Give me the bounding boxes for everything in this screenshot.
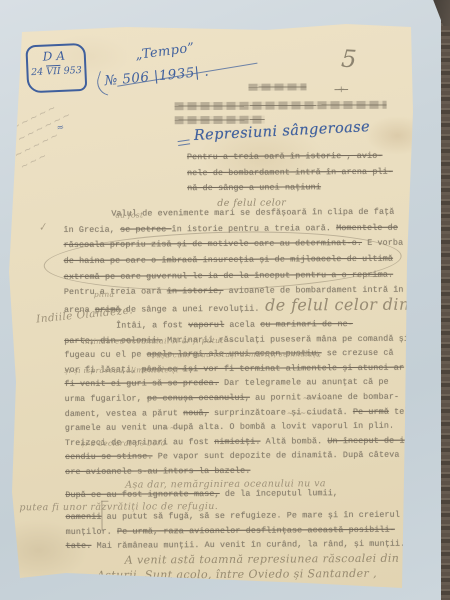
pencil-vertical-mark	[101, 501, 102, 531]
text-line: nele de bombardament intră în arena pli-	[187, 160, 413, 177]
interline-insertion: ~~~	[163, 423, 183, 432]
struck-illegible-title-line-1	[175, 101, 387, 110]
title-dash-mark	[178, 139, 191, 146]
backdrop-dark-strip	[441, 0, 450, 600]
interline-insertion: ~~~	[303, 393, 323, 402]
text-line: Asturii. Sunt acolo, între Oviedo și San…	[97, 564, 400, 581]
paper-content: DA 24 VII 953 „Tempo” № 506 |1935| . 5 -…	[4, 21, 420, 592]
interline-insertion: plină	[94, 289, 114, 298]
typed-subtitle-block: Pentru a treia oară în istorie , avio-ne…	[187, 145, 413, 203]
handwritten-footer-block: A venit astă toamnă represiunea răscoale…	[97, 549, 400, 581]
struck-illegible-fragment	[248, 83, 306, 90]
date-stamp-box: DA 24 VII 953	[25, 43, 87, 93]
interline-insertion: au fost	[115, 211, 143, 220]
paper-sheet: DA 24 VII 953 „Tempo” № 506 |1935| . 5 -…	[6, 22, 418, 590]
interline-insertion: și-și isprăveau alimentele și ~~	[64, 365, 194, 375]
interline-insertion: și-a declarat pe bord	[81, 438, 166, 448]
interline-insertion: ~~~~	[287, 408, 313, 417]
text-segment: tate.	[66, 541, 92, 551]
backdrop-dark-corner	[426, 0, 450, 26]
text-line: tate. Mai rămâneau munții. Au venit în c…	[66, 533, 418, 550]
typed-paragraph-2: Întâi, a fost vaporul acela cu marinari …	[64, 313, 418, 550]
text-segment: Asturii. Sunt acolo, între Oviedo și San…	[97, 567, 377, 582]
page-number-strike-mark: -+-	[334, 85, 348, 95]
stamp-date: 24 VII 953	[28, 65, 84, 78]
interline-insertion: ~~~	[215, 394, 235, 403]
pencil-margin-scribble: ~~~~~~ ~~~~~~~ ~~~~~ ~~~	[1, 97, 86, 174]
interline-insertion: așa cum erau totuși urmăriți, semnalați,	[156, 350, 321, 360]
text-line: nă de sânge a unei națiuni	[187, 176, 413, 193]
page-number: 5	[340, 45, 357, 74]
pencil-check-mark: ✓	[37, 221, 48, 234]
ink-squiggle-mark: ≈	[56, 122, 66, 133]
stamp-initials: DA	[28, 48, 85, 64]
struck-illegible-title-line-2	[175, 116, 265, 125]
masthead-publication: „Tempo”	[135, 41, 196, 64]
masthead-issue-number: № 506 |1935| .	[104, 63, 210, 89]
interline-insertion: întinderea oceanului. N-ar fi putut —	[82, 336, 234, 346]
text-line: Pentru a treia oară în istorie , avio-	[187, 145, 413, 162]
